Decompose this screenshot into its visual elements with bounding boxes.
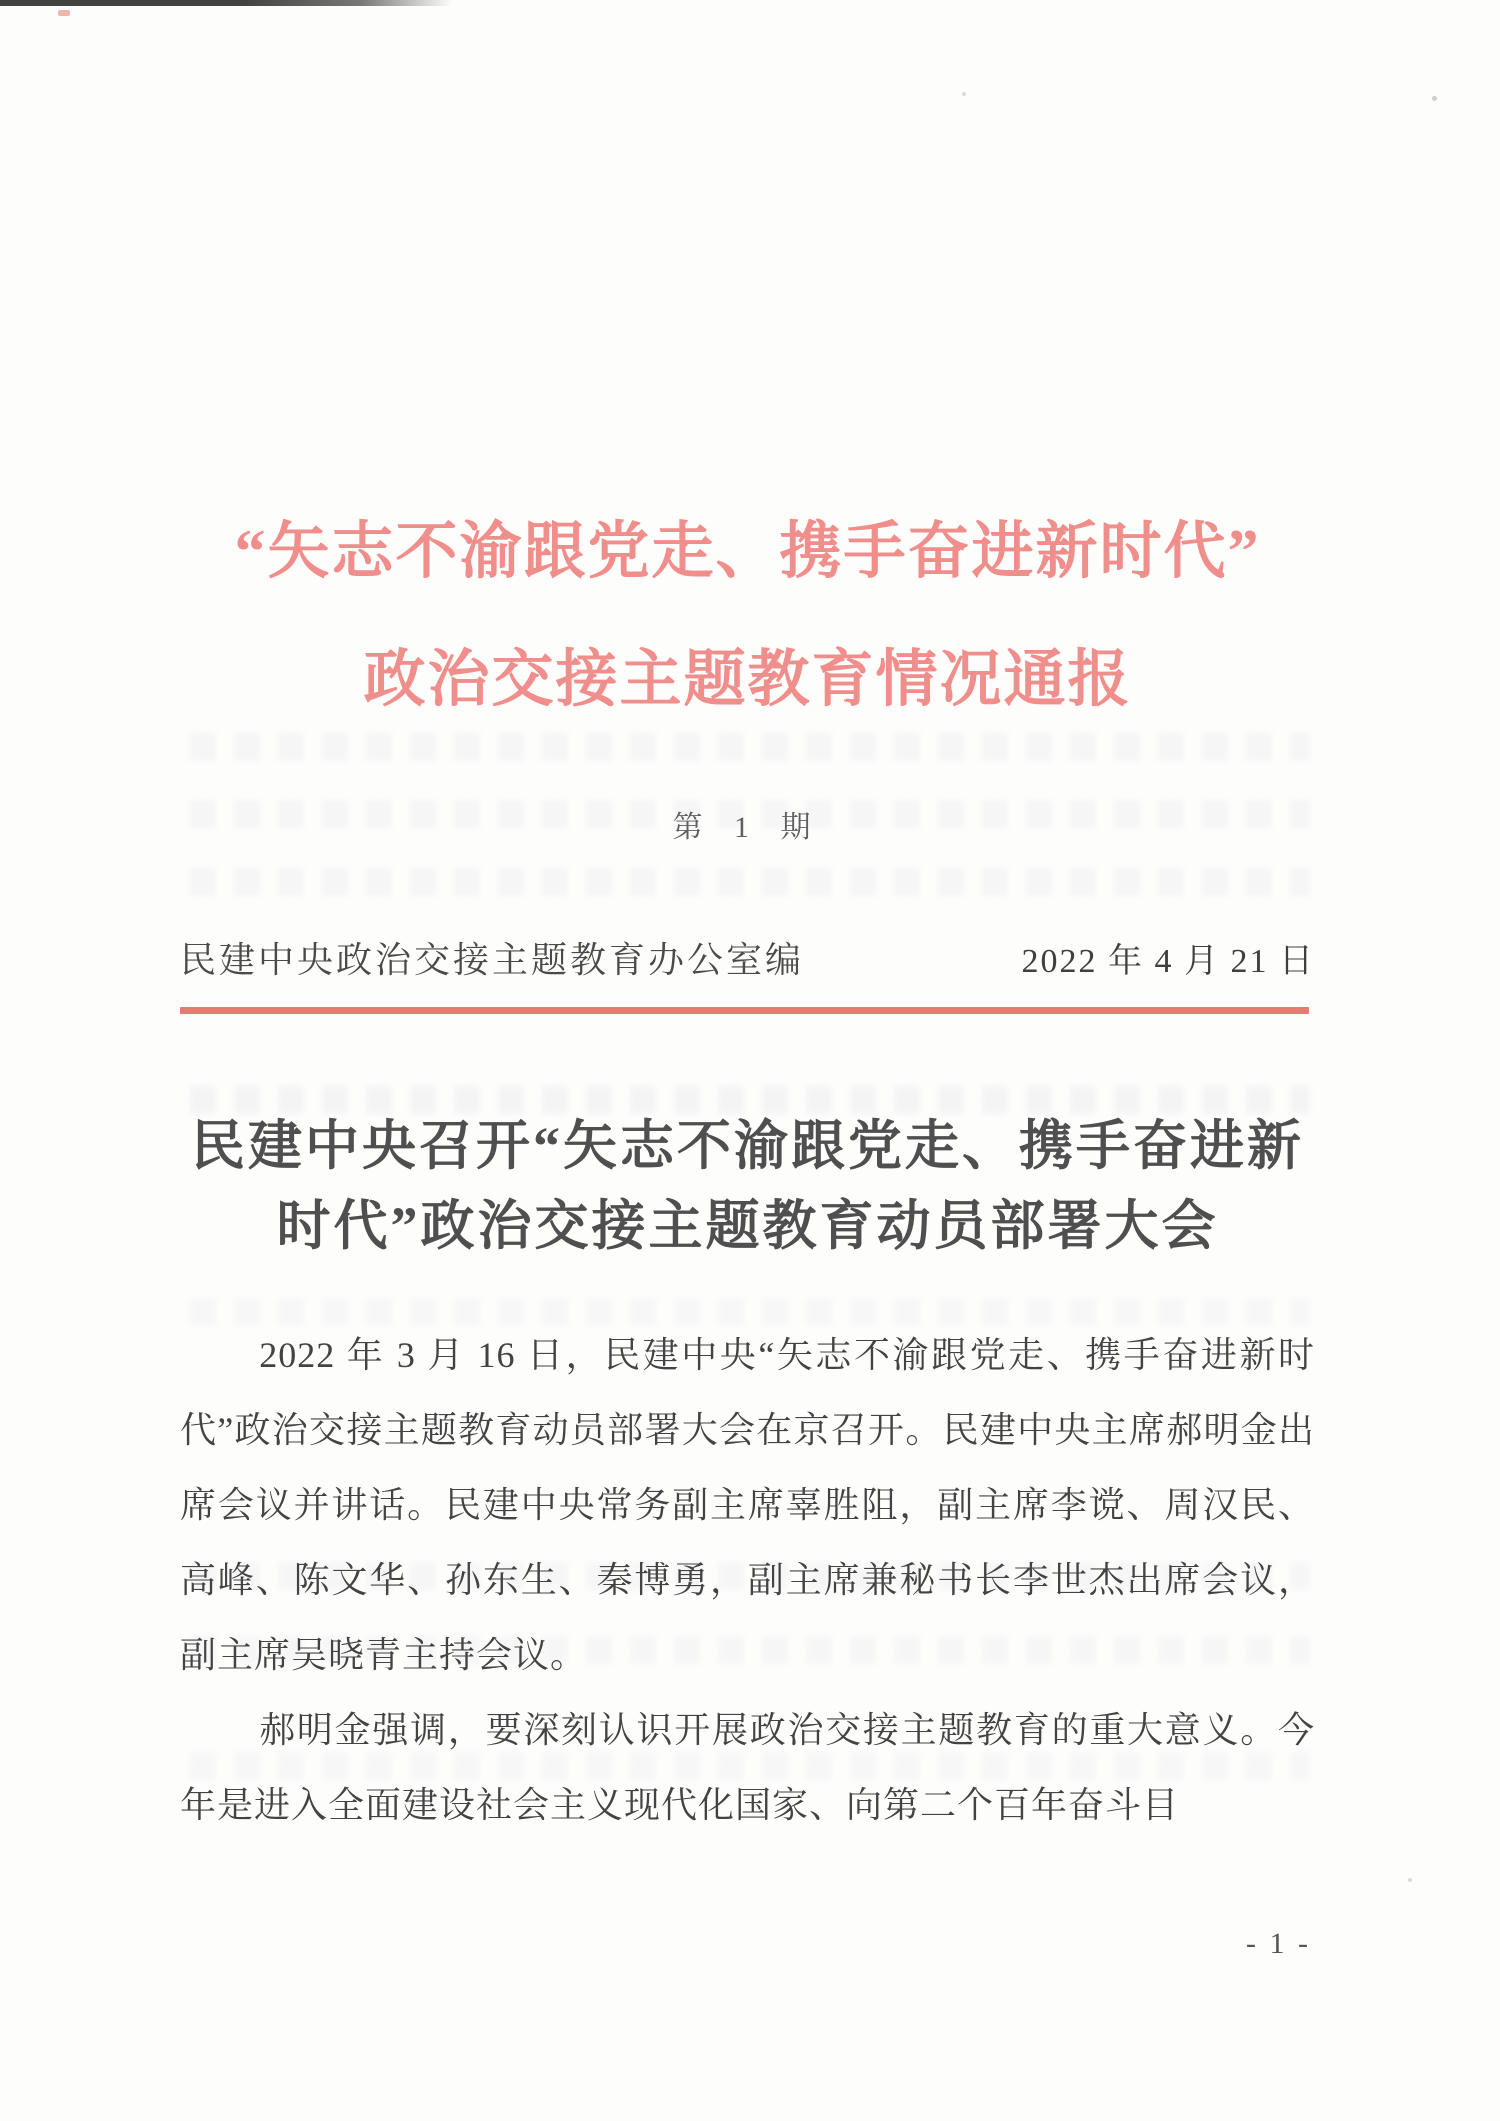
- editor-name: 民建中央政治交接主题教育办公室编: [180, 932, 804, 983]
- article-paragraph: 2022 年 3 月 16 日，民建中央“矢志不渝跟党走、携手奋进新时代”政治交…: [180, 1318, 1315, 1693]
- article-body: 2022 年 3 月 16 日，民建中央“矢志不渝跟党走、携手奋进新时代”政治交…: [180, 1318, 1315, 1843]
- scanned-document-page: “矢志不渝跟党走、携手奋进新时代” 政治交接主题教育情况通报 第 1 期 民建中…: [0, 0, 1500, 2121]
- article-heading-line1: 民建中央召开“矢志不渝跟党走、携手奋进新: [180, 1106, 1315, 1186]
- bulletin-title: “矢志不渝跟党走、携手奋进新时代” 政治交接主题教育情况通报: [180, 488, 1315, 744]
- article-heading: 民建中央召开“矢志不渝跟党走、携手奋进新 时代”政治交接主题教育动员部署大会: [180, 1106, 1315, 1266]
- bulletin-title-line2: 政治交接主题教育情况通报: [180, 616, 1315, 744]
- page-number: - 1 -: [180, 1927, 1315, 1961]
- article-heading-line2: 时代”政治交接主题教育动员部署大会: [180, 1186, 1315, 1266]
- masthead-byline-row: 民建中央政治交接主题教育办公室编 2022 年 4 月 21 日: [180, 932, 1315, 983]
- masthead-divider-rule: [180, 1007, 1309, 1014]
- page-content: “矢志不渝跟党走、携手奋进新时代” 政治交接主题教育情况通报 第 1 期 民建中…: [0, 0, 1500, 1961]
- article-paragraph: 郝明金强调，要深刻认识开展政治交接主题教育的重大意义。今年是进入全面建设社会主义…: [180, 1693, 1315, 1843]
- publication-date: 2022 年 4 月 21 日: [1022, 933, 1316, 982]
- issue-number: 第 1 期: [180, 802, 1315, 846]
- bulletin-title-line1: “矢志不渝跟党走、携手奋进新时代”: [180, 488, 1315, 616]
